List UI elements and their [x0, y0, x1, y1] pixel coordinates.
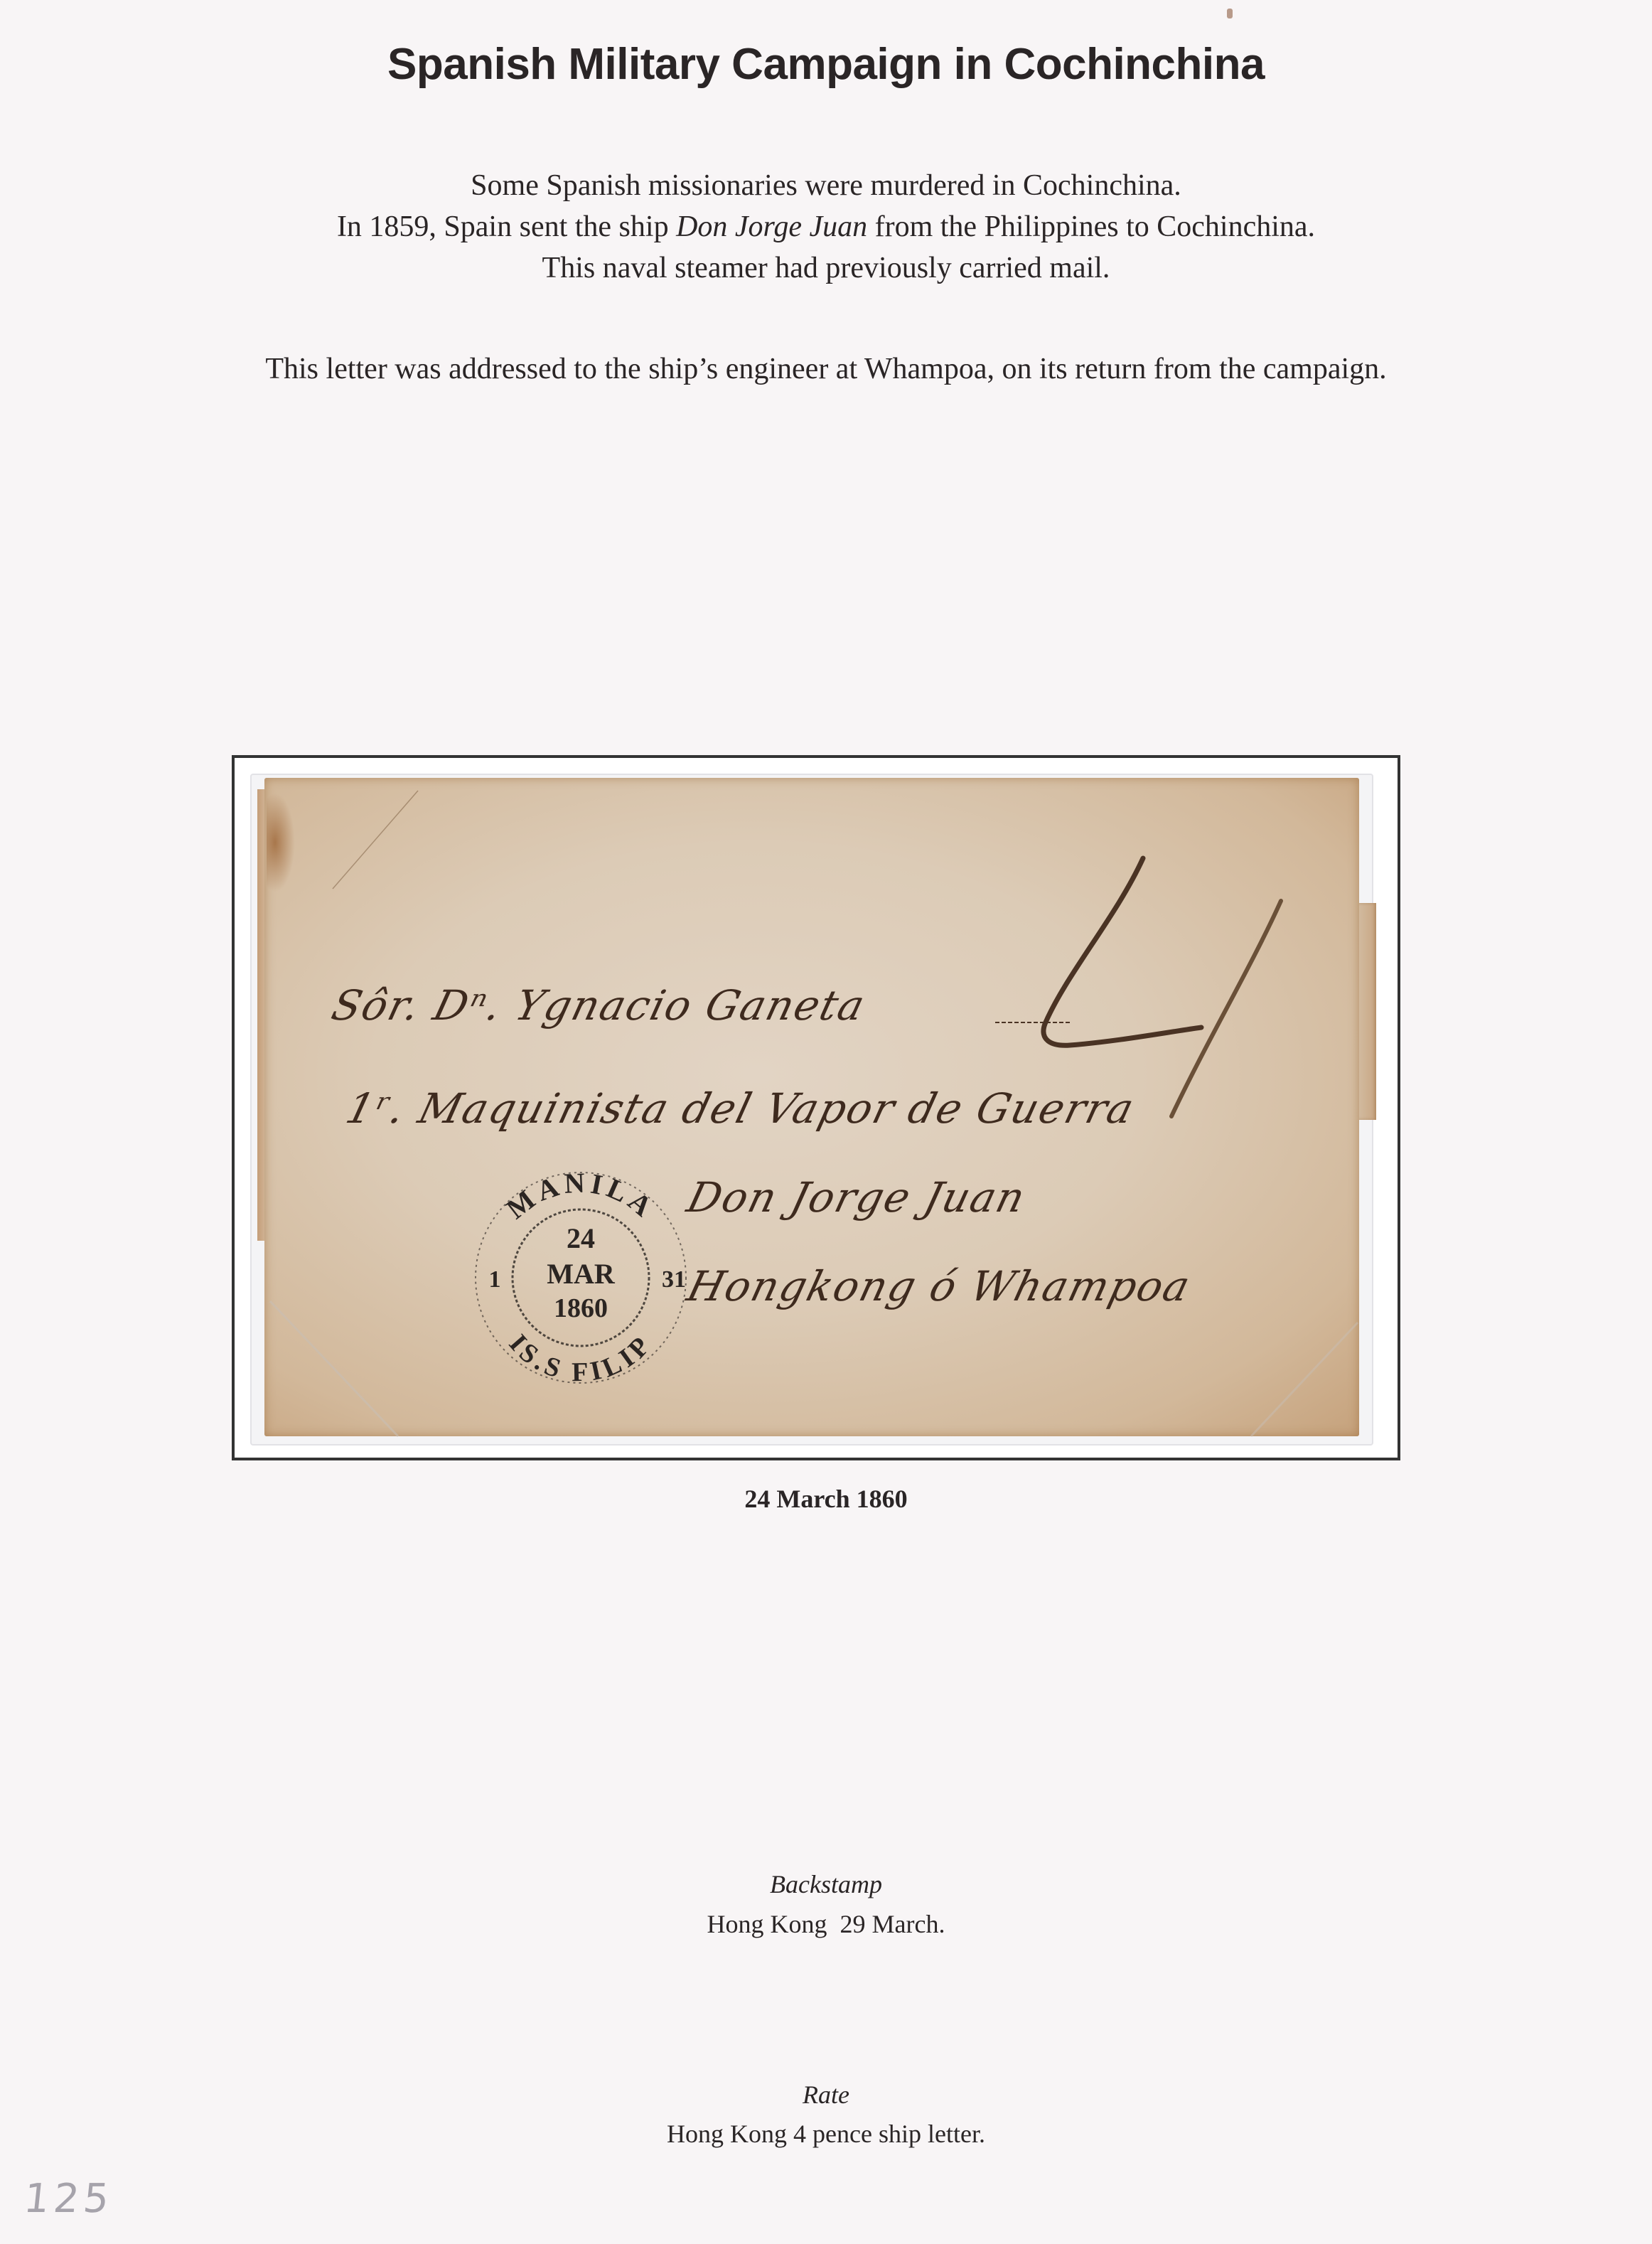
cover-date-caption: 24 March 1860: [0, 1485, 1652, 1513]
rate-value: Hong Kong 4 pence ship letter.: [0, 2120, 1652, 2148]
backstamp-label: Backstamp: [0, 1870, 1652, 1898]
address-line-1: Sôr. Dⁿ. Ygnacio Ganeta: [327, 981, 871, 1030]
intro-line-1: Some Spanish missionaries were murdered …: [0, 165, 1652, 206]
intro-line-2: In 1859, Spain sent the ship Don Jorge J…: [0, 206, 1652, 247]
address-line-4: Hongkong ó Whampoa: [682, 1262, 1196, 1310]
ship-name: Don Jorge Juan: [676, 210, 867, 243]
address-line-2: 1ʳ. Maquinista del Vapor de Guerra: [341, 1084, 1140, 1133]
address-line-3: Don Jorge Juan: [682, 1173, 1031, 1222]
backstamp-value: Hong Kong 29 March.: [0, 1910, 1652, 1938]
pencil-annotation: 125: [22, 2176, 116, 2222]
rate-label: Rate: [0, 2080, 1652, 2109]
page-title: Spanish Military Campaign in Cochinchina: [0, 40, 1652, 90]
intro-line-3: This naval steamer had previously carrie…: [0, 247, 1652, 289]
paper-stain: [267, 793, 295, 892]
intro-line-2-start: In 1859, Spain sent the ship: [337, 210, 676, 243]
intro-paragraph: Some Spanish missionaries were murdered …: [0, 165, 1652, 289]
intro-line-2-end: from the Philippines to Cochinchina.: [867, 210, 1315, 243]
paper-speck: [1227, 9, 1233, 18]
address-note: This letter was addressed to the ship’s …: [0, 348, 1652, 390]
